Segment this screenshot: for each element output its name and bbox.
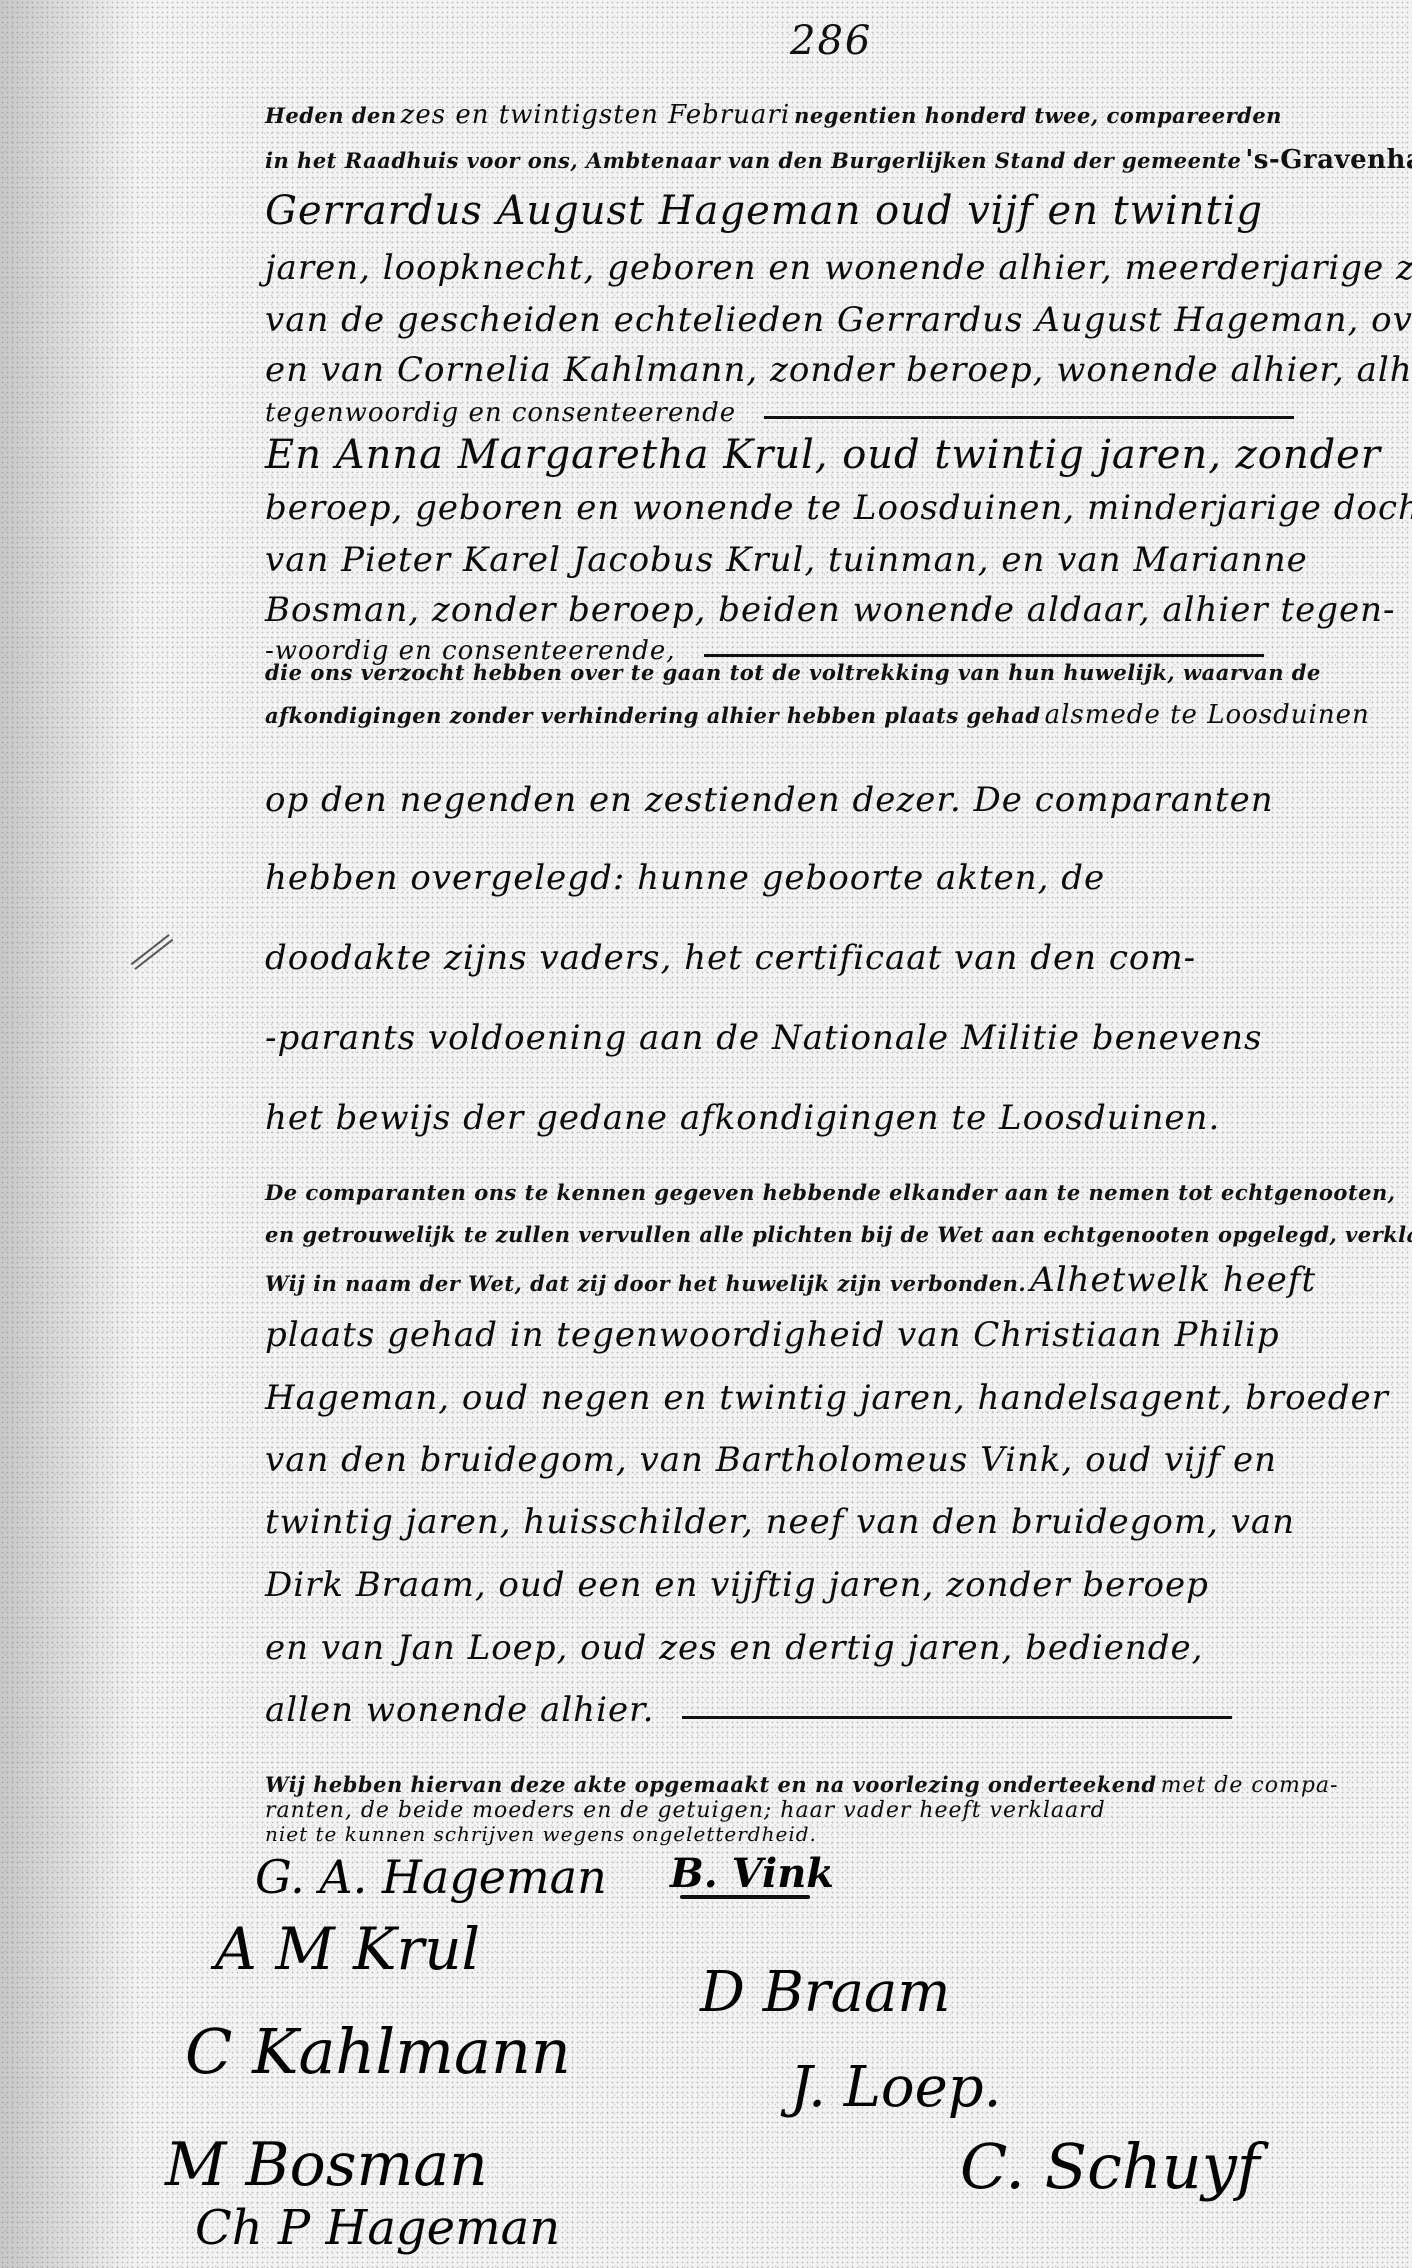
signature-witness-braam: D Braam (700, 1960, 951, 2025)
page-number: 286 (790, 18, 872, 64)
signature-bride-mother: M Bosman (165, 2130, 488, 2200)
bride-line-4: Bosman, zonder beroep, beiden wonende al… (265, 590, 1402, 630)
witnesses-line-3: van den bruidegom, van Bartholomeus Vink… (265, 1440, 1402, 1480)
handwritten-date: zes en twintigsten Februari (401, 100, 791, 130)
documents-line-2: hebben overgelegd: hunne geboorte akten,… (265, 858, 1402, 898)
printed-text: Wij hebben hiervan deze akte opgemaakt e… (265, 1772, 1157, 1797)
witnesses-line-4: twintig jaren, huisschilder, neef van de… (265, 1502, 1402, 1542)
handwritten-text: Alhetwelk heeft (1030, 1260, 1316, 1300)
groom-line-5: tegenwoordig en consenteerende (265, 398, 1402, 428)
groom-line-1: Gerrardus August Hageman oud vijf en twi… (265, 188, 1402, 234)
declaration-line-1: De comparanten ons te kennen gegeven heb… (265, 1180, 1402, 1205)
request-line-2: afkondigingen zonder verhindering alhier… (265, 700, 1402, 730)
signature-bride: A M Krul (215, 1915, 480, 1983)
witnesses-line-6: en van Jan Loep, oud zes en dertig jaren… (265, 1628, 1402, 1668)
printed-text: negentien honderd twee, compareerden (794, 103, 1282, 128)
closing-line-3: niet te kunnen schrijven wegens ongelett… (265, 1822, 1402, 1846)
witnesses-line-7: allen wonende alhier. (265, 1690, 1402, 1730)
signature-witness-vink: B. Vink (670, 1850, 834, 1897)
closing-line-1: Wij hebben hiervan deze akte opgemaakt e… (265, 1772, 1402, 1798)
declaration-line-3: Wij in naam der Wet, dat zij door het hu… (265, 1260, 1402, 1300)
signature-registrar: C. Schuyf (960, 2130, 1260, 2203)
request-line-1: die ons verzocht hebben over te gaan tot… (265, 660, 1402, 685)
documents-line-4: -parants voldoening aan de Nationale Mil… (265, 1018, 1402, 1058)
printed-text: Heden den (265, 103, 397, 128)
fill-line (682, 1716, 1232, 1719)
opening-line-1: Heden den zes en twintigsten Februari ne… (265, 100, 1402, 130)
documents-line-3: doodakte zijns vaders, het certificaat v… (265, 938, 1402, 978)
witnesses-line-2: Hageman, oud negen en twintig jaren, han… (265, 1378, 1402, 1418)
handwritten-text: tegenwoordig en consenteerende (265, 398, 736, 428)
bride-line-3: van Pieter Karel Jacobus Krul, tuinman, … (265, 540, 1402, 580)
signature-witness-loep: J. Loep. (790, 2055, 1001, 2120)
fill-line (704, 654, 1264, 657)
bride-line-2: beroep, geboren en wonende te Loosduinen… (265, 488, 1402, 528)
bride-line-1: En Anna Margaretha Krul, oud twintig jar… (265, 432, 1402, 478)
municipality-name: 's-Gravenhage, (1245, 145, 1412, 175)
witnesses-line-1: plaats gehad in tegenwoordigheid van Chr… (265, 1315, 1402, 1355)
groom-line-4: en van Cornelia Kahlmann, zonder beroep,… (265, 350, 1402, 390)
scan-edge-shadow (0, 0, 140, 2268)
printed-text: Wij in naam der Wet, dat zij door het hu… (265, 1271, 1026, 1296)
handwritten-text: allen wonende alhier. (265, 1690, 654, 1730)
declaration-line-2: en getrouwelijk te zullen vervullen alle… (265, 1222, 1402, 1247)
closing-line-2: ranten, de beide moeders en de getuigen;… (265, 1798, 1402, 1823)
fill-line (764, 416, 1294, 419)
signature-groom: G. A. Hageman (255, 1850, 607, 1904)
documents-line-1: op den negenden en zestienden dezer. De … (265, 780, 1402, 820)
opening-line-2: in het Raadhuis voor ons, Ambtenaar van … (265, 145, 1402, 175)
signature-witness-ch-hageman: Ch P Hageman (195, 2200, 560, 2256)
documents-line-5: het bewijs der gedane afkondigingen te L… (265, 1098, 1402, 1138)
handwritten-text: alsmede te Loosduinen (1045, 700, 1370, 730)
signature-flourish (680, 1895, 810, 1899)
handwritten-text: met de compa- (1161, 1773, 1339, 1798)
printed-text: afkondigingen zonder verhindering alhier… (265, 703, 1041, 728)
groom-line-2: jaren, loopknecht, geboren en wonende al… (265, 248, 1402, 288)
witnesses-line-5: Dirk Braam, oud een en vijftig jaren, zo… (265, 1565, 1402, 1605)
groom-line-3: van de gescheiden echtelieden Gerrardus … (265, 300, 1402, 340)
signature-groom-mother: C Kahlmann (185, 2015, 571, 2088)
printed-text: in het Raadhuis voor ons, Ambtenaar van … (265, 148, 1241, 173)
